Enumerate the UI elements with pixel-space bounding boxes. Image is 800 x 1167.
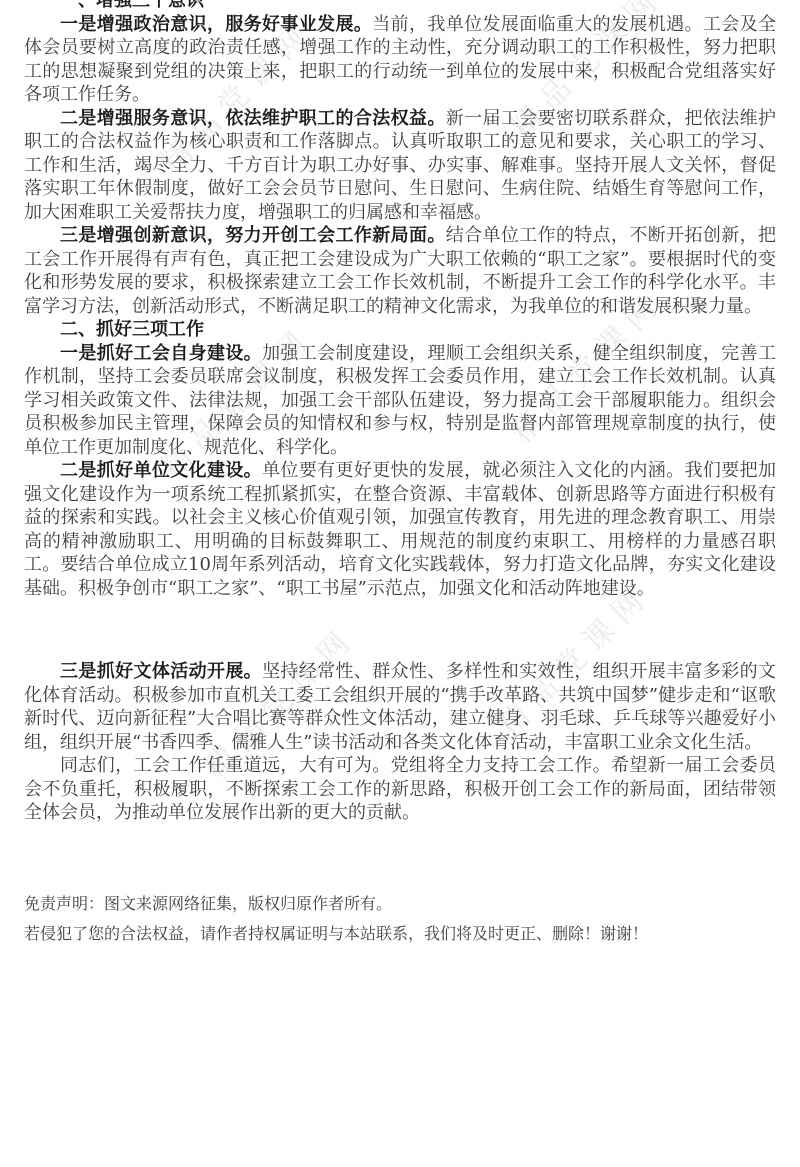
paragraph: 一是增强政治意识，服务好事业发展。当前，我单位发展面临重大的发展机遇。工会及全体…	[24, 13, 776, 107]
paragraph-spacer	[24, 600, 776, 660]
paragraph-lead: 三是抓好文体活动开展。	[60, 661, 262, 682]
paragraph-lead: 一是增强政治意识，服务好事业发展。	[60, 14, 372, 35]
disclaimer-line-2: 若侵犯了您的合法权益，请作者持权属证明与本站联系，我们将及时更正、删除！谢谢！	[24, 919, 776, 949]
paragraph: 同志们，工会工作任重道远，大有可为。党组将全力支持工会工作。希望新一届工会委员会…	[24, 754, 776, 825]
paragraph-text: 同志们，工会工作任重道远，大有可为。党组将全力支持工会工作。希望新一届工会委员会…	[24, 755, 776, 823]
paragraph: 三是增强创新意识，努力开创工会工作新局面。结合单位工作的特点，不断开拓创新，把工…	[24, 224, 776, 318]
paragraph-lead: 二是增强服务意识，依法维护职工的合法权益。	[60, 108, 446, 129]
paragraph: 三是抓好文体活动开展。坚持经常性、群众性、多样性和实效性，组织开展丰富多彩的文化…	[24, 660, 776, 754]
disclaimer: 免责声明：图文来源网络征集，版权归原作者所有。 若侵犯了您的合法权益，请作者持权…	[24, 889, 776, 949]
section-heading: 二、抓好三项工作	[24, 318, 776, 342]
section-heading: 一、增强三个意识	[24, 0, 776, 13]
document-body: 一、增强三个意识一是增强政治意识，服务好事业发展。当前，我单位发展面临重大的发展…	[0, 0, 800, 949]
disclaimer-line-1: 免责声明：图文来源网络征集，版权归原作者所有。	[24, 889, 776, 919]
paragraph: 二是增强服务意识，依法维护职工的合法权益。新一届工会要密切联系群众，把依法维护职…	[24, 107, 776, 225]
paragraph: 二是抓好单位文化建设。单位要有更好更快的发展，就必须注入文化的内涵。我们要把加强…	[24, 459, 776, 600]
document-page: 精品党课网精品党课网精品党课网精品党课网精品党课网精品党课网 一、增强三个意识一…	[0, 0, 800, 1167]
paragraph-lead: 二是抓好单位文化建设。	[60, 460, 262, 481]
paragraph: 一是抓好工会自身建设。加强工会制度建设，理顺工会组织关系，健全组织制度，完善工作…	[24, 342, 776, 460]
paragraph-lead: 一是抓好工会自身建设。	[60, 343, 262, 364]
paragraph-lead: 三是增强创新意识，努力开创工会工作新局面。	[60, 225, 446, 246]
